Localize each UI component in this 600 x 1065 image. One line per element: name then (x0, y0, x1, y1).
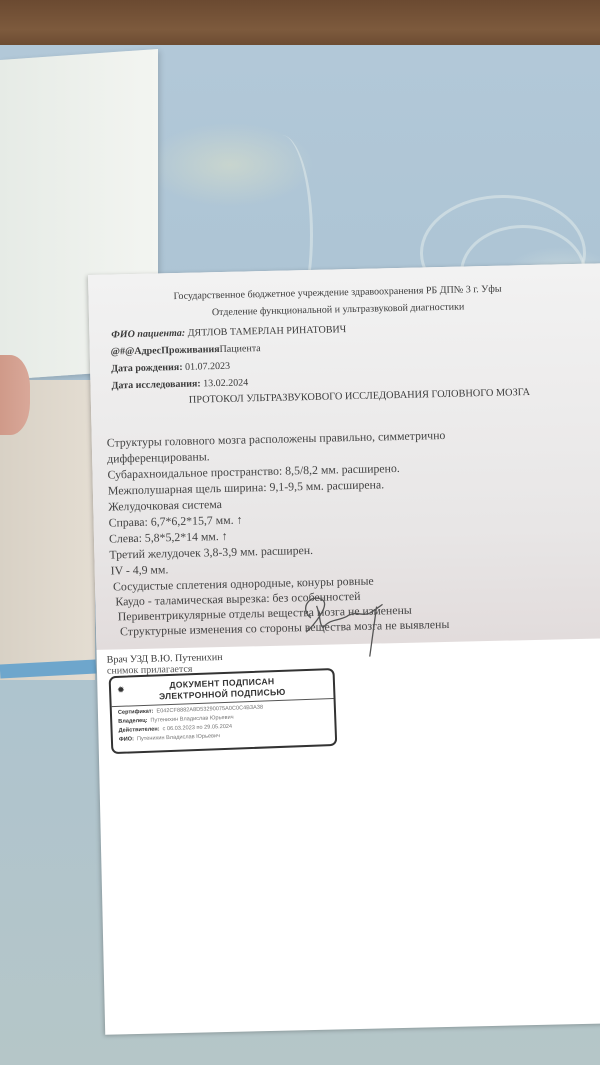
medical-report-sheet: Государственное бюджетное учреждение здр… (88, 263, 600, 1035)
birth-date-label: Дата рождения: (111, 362, 183, 375)
certificate-value: E042CF8882A8D53290075A0C0C4B3A38 (156, 705, 263, 715)
exam-date-label: Дата исследования: (111, 378, 200, 391)
finding-line: дифференцированы. (107, 449, 210, 466)
stamp-fio-row: ФИО:Путенихин Владислав Юрьевич (119, 733, 220, 743)
handwritten-signature (290, 586, 402, 658)
owner-value: Путенихин Владислав Юрьевич (150, 715, 233, 724)
finger (0, 355, 30, 435)
certificate-label: Сертификат: (118, 709, 154, 716)
fio-value: Путенихин Владислав Юрьевич (137, 733, 220, 742)
finding-line: Справа: 6,7*6,2*15,7 мм. ↑ (108, 513, 242, 531)
stamp-certificate-row: Сертификат:E042CF8882A8D53290075A0C0C4B3… (118, 705, 263, 716)
electronic-signature-stamp: ✹ ДОКУМЕНТ ПОДПИСАН ЭЛЕКТРОННОЙ ПОДПИСЬЮ… (109, 668, 338, 754)
patient-name-label: ФИО пациента: (111, 328, 185, 341)
finding-line: Слева: 5,8*5,2*14 мм. ↑ (109, 529, 228, 547)
finding-line: Желудочковая система (108, 497, 222, 515)
fio-label: ФИО: (119, 736, 134, 743)
valid-label: Действителен: (118, 726, 159, 733)
exam-date: 13.02.2024 (203, 377, 248, 389)
birth-date: 01.07.2023 (185, 361, 230, 373)
valid-value: с 06.03.2023 по 29.05.2024 (162, 724, 232, 733)
finding-line: IV - 4,9 мм. (111, 562, 169, 578)
owner-label: Владелец: (118, 718, 147, 725)
address-value: Пациента (219, 343, 260, 355)
